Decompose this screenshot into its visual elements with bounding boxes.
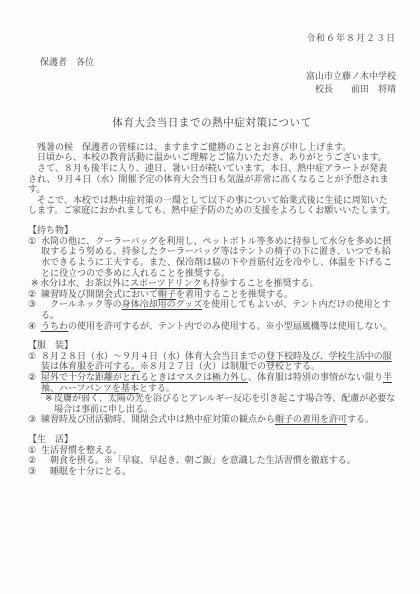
- intro-paragraph-1: 残暑の候 保護者の皆様には、ますますご健勝のこととお喜び申し上げます。: [28, 143, 396, 154]
- item-marker: ③: [28, 467, 41, 478]
- item-text: 皮膚が弱く、太陽の光を浴びるとアレルギー反応を引き起こす場合等、配慮が必要な場合…: [54, 394, 396, 415]
- list-item: ③ 練習時及び団活動時、開閉会式中は熱中症対策の観点から帽子の着用を許可する。: [28, 415, 396, 426]
- item-text: 水分は水、お茶以外にスポーツドリンクも持参することを推奨する。: [40, 279, 396, 290]
- section-heading-lifestyle: 【生 活】: [28, 435, 396, 446]
- item-text: 水筒の他に、クーラーバッグを利用し、ペットボトル等多めに持参して水分を多めに摂取…: [41, 237, 396, 279]
- section-heading-belongings: 【持ち物】: [28, 226, 396, 237]
- item-marker: ※: [45, 394, 54, 405]
- item-marker: ③: [28, 415, 41, 426]
- section-lifestyle: 【生 活】 ① 生活習慣を整える。 ② 朝食を摂る。※「早寝、早起き、朝ご飯」を…: [28, 435, 396, 477]
- document-page: 令和６年８月２３日 保護者 各位 富山市立藤ノ木中学校 校長 前田 将靖 体育大…: [0, 0, 420, 594]
- item-marker: ④: [28, 322, 41, 333]
- section-belongings: 【持ち物】 ① 水筒の他に、クーラーバッグを利用し、ペットボトル等多めに持参して…: [28, 226, 396, 332]
- item-marker: ②: [28, 456, 41, 467]
- item-marker: ②: [28, 290, 41, 301]
- item-text: クールネック等の身体冷却用のグッズを使用してもよいが、テント内だけの使用とする。: [41, 300, 396, 321]
- item-text: 生活習慣を整える。: [41, 446, 396, 457]
- document-date: 令和６年８月２３日: [28, 34, 396, 45]
- section-clothing: 【服 装】 ① ８月２８日（水）～９月４日（水）体育大会当日までの登下校時及び、…: [28, 341, 396, 426]
- document-title: 体育大会当日までの熱中症対策について: [28, 117, 396, 130]
- intro-paragraph-4: そこで、本校では熱中症対策の一環として以下の事について始業式後に生徒に周知いたし…: [28, 196, 396, 217]
- sender-block: 富山市立藤ノ木中学校 校長 前田 将靖: [28, 71, 396, 97]
- item-text: 屋外で十分な距離がとれるときはマスクは極力外し、体育服は特別の事情がない限り半袖…: [41, 373, 396, 394]
- intro-block: 残暑の候 保護者の皆様には、ますますご健勝のこととお喜び申し上げます。 日頃から…: [28, 143, 396, 217]
- list-item: ① 生活習慣を整える。: [28, 446, 396, 457]
- list-item: ② 練習時及び開閉会式において帽子を着用することを推奨する。: [28, 290, 396, 301]
- item-text: うちわの使用を許可するが、テント内でのみ使用する。※小型扇風機等は使用しない。: [41, 322, 396, 333]
- list-item: ① 水筒の他に、クーラーバッグを利用し、ペットボトル等多めに持参して水分を多めに…: [28, 237, 396, 279]
- list-item-note: ※ 皮膚が弱く、太陽の光を浴びるとアレルギー反応を引き起こす場合等、配慮が必要な…: [28, 394, 396, 415]
- list-item: ② 屋外で十分な距離がとれるときはマスクは極力外し、体育服は特別の事情がない限り…: [28, 373, 396, 394]
- recipient-line: 保護者 各位: [28, 58, 396, 69]
- school-name: 富山市立藤ノ木中学校: [28, 71, 396, 84]
- item-text: ８月２８日（水）～９月４日（水）体育大会当日までの登下校時及び、学校生活中の服装…: [41, 352, 396, 373]
- item-marker: ①: [28, 352, 41, 363]
- item-marker: ②: [28, 373, 41, 384]
- item-marker: ①: [28, 237, 41, 248]
- list-item: ② 朝食を摂る。※「早寝、早起き、朝ご飯」を意識した生活習慣を徹底する。: [28, 456, 396, 467]
- section-heading-clothing: 【服 装】: [28, 341, 396, 352]
- list-item: ③ 睡眠を十分にとる。: [28, 467, 396, 478]
- item-marker: ①: [28, 446, 41, 457]
- item-text: 朝食を摂る。※「早寝、早起き、朝ご飯」を意識した生活習慣を徹底する。: [41, 456, 396, 467]
- intro-paragraph-2: 日頃から、本校の教育活動に温かいご理解とご協力いただき、ありがとうございます。: [28, 153, 396, 164]
- item-marker: ※: [31, 279, 40, 290]
- intro-paragraph-3: さて、８月も後半に入り、連日、暑い日が続いています。本日、熱中症アラートが発表さ…: [28, 164, 396, 196]
- item-text: 練習時及び開閉会式において帽子を着用することを推奨する。: [41, 290, 396, 301]
- principal-name: 校長 前田 将靖: [28, 84, 396, 97]
- item-text: 睡眠を十分にとる。: [41, 467, 396, 478]
- list-item: ① ８月２８日（水）～９月４日（水）体育大会当日までの登下校時及び、学校生活中の…: [28, 352, 396, 373]
- list-item: ④ うちわの使用を許可するが、テント内でのみ使用する。※小型扇風機等は使用しない…: [28, 322, 396, 333]
- list-item: ③ クールネック等の身体冷却用のグッズを使用してもよいが、テント内だけの使用とす…: [28, 300, 396, 321]
- list-item-note: ※ 水分は水、お茶以外にスポーツドリンクも持参することを推奨する。: [28, 279, 396, 290]
- item-text: 練習時及び団活動時、開閉会式中は熱中症対策の観点から帽子の着用を許可する。: [41, 415, 396, 426]
- item-marker: ③: [28, 300, 41, 311]
